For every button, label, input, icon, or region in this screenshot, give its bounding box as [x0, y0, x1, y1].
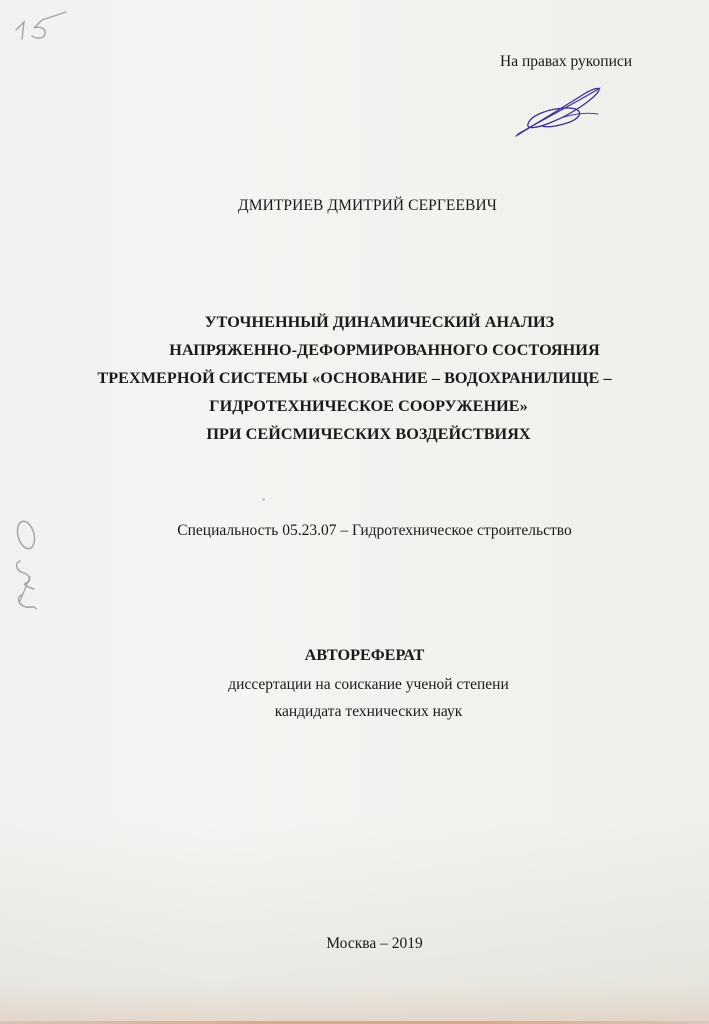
document-page: 15 220 На правах рукописи ДМИТРИЕВ ДМИТР…	[0, 0, 709, 1024]
author-name: ДМИТРИЕВ ДМИТРИЙ СЕРГЕЕВИЧ	[0, 197, 709, 215]
manuscript-note: На правах рукописи	[500, 53, 632, 71]
degree-line: диссертации на соискание ученой степени	[0, 676, 709, 694]
title-line: УТОЧНЕННЫЙ ДИНАМИЧЕСКИЙ АНАЛИЗ	[0, 313, 709, 332]
title-line: НАПРЯЖЕННО-ДЕФОРМИРОВАННОГО СОСТОЯНИЯ	[0, 341, 709, 360]
handwritten-page-number-icon	[8, 6, 68, 42]
paper-speck	[262, 498, 265, 501]
title-line: ГИДРОТЕХНИЧЕСКОЕ СООРУЖЕНИЕ»	[0, 397, 709, 416]
document-type: АВТОРЕФЕРАТ	[0, 646, 709, 665]
title-line: ТРЕХМЕРНОЙ СИСТЕМЫ «ОСНОВАНИЕ – ВОДОХРАН…	[0, 369, 709, 388]
specialty: Специальность 05.23.07 – Гидротехническо…	[0, 522, 709, 540]
signature-icon	[512, 84, 612, 140]
title-line: ПРИ СЕЙСМИЧЕСКИХ ВОЗДЕЙСТВИЯХ	[0, 425, 709, 444]
degree-line: кандидата технических наук	[0, 703, 709, 721]
place-and-year: Москва – 2019	[0, 935, 709, 953]
